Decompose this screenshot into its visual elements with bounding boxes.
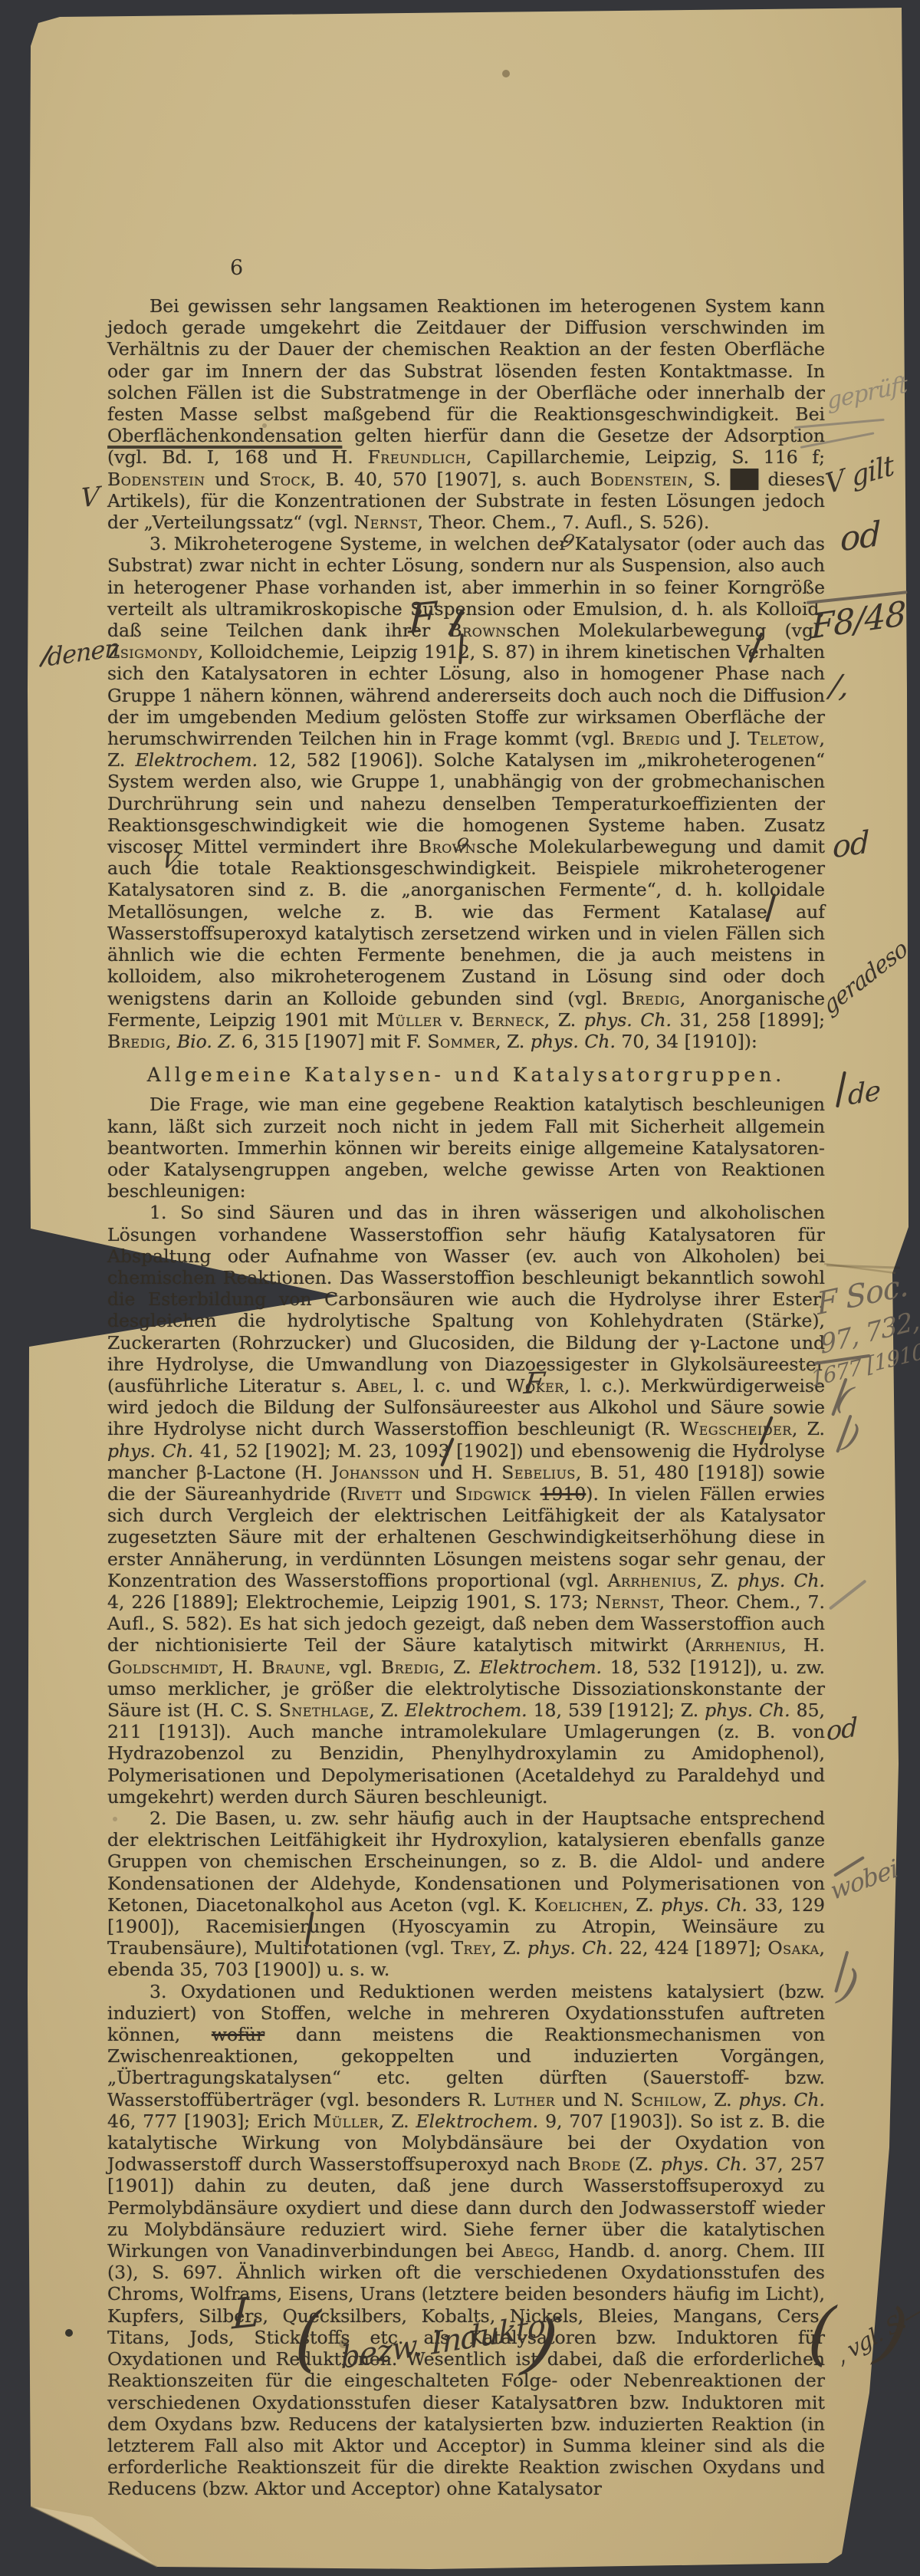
paper-speck xyxy=(502,70,510,77)
body-paragraph: Die Frage, wie man eine gegebene Reaktio… xyxy=(107,1094,825,1202)
handwritten-note: F xyxy=(522,1366,545,1400)
handwritten-note: od xyxy=(833,824,869,865)
handwritten-note: V xyxy=(80,482,100,515)
page-number: 6 xyxy=(230,256,243,280)
body-text-column: Bei gewissen sehr langsamen Reaktionen i… xyxy=(107,295,825,2500)
body-paragraph: 3. Mikroheterogene Systeme, in welchen d… xyxy=(107,533,825,1052)
scanned-book-page: 6 Bei gewissen sehr langsamen Reaktionen… xyxy=(0,0,920,2576)
handwritten-note: od xyxy=(840,515,880,560)
body-paragraph: 1. So sind Säuren und das in ihren wässe… xyxy=(107,1202,825,1808)
handwritten-note: L xyxy=(232,2287,260,2338)
body-paragraph: 3. Oxydationen und Reduktionen werden me… xyxy=(107,1981,825,2500)
handwritten-note: ( xyxy=(294,2297,320,2382)
body-paragraph: Bei gewissen sehr langsamen Reaktionen i… xyxy=(107,295,825,533)
handwritten-note: od xyxy=(826,1712,857,1747)
handwritten-note: de xyxy=(848,1075,880,1111)
body-paragraph: 2. Die Basen, u. zw. sehr häufig auch in… xyxy=(107,1808,825,1981)
section-heading: Allgemeine Katalysen- und Katalysatorgru… xyxy=(107,1064,825,1086)
handwritten-note: F xyxy=(408,594,436,643)
